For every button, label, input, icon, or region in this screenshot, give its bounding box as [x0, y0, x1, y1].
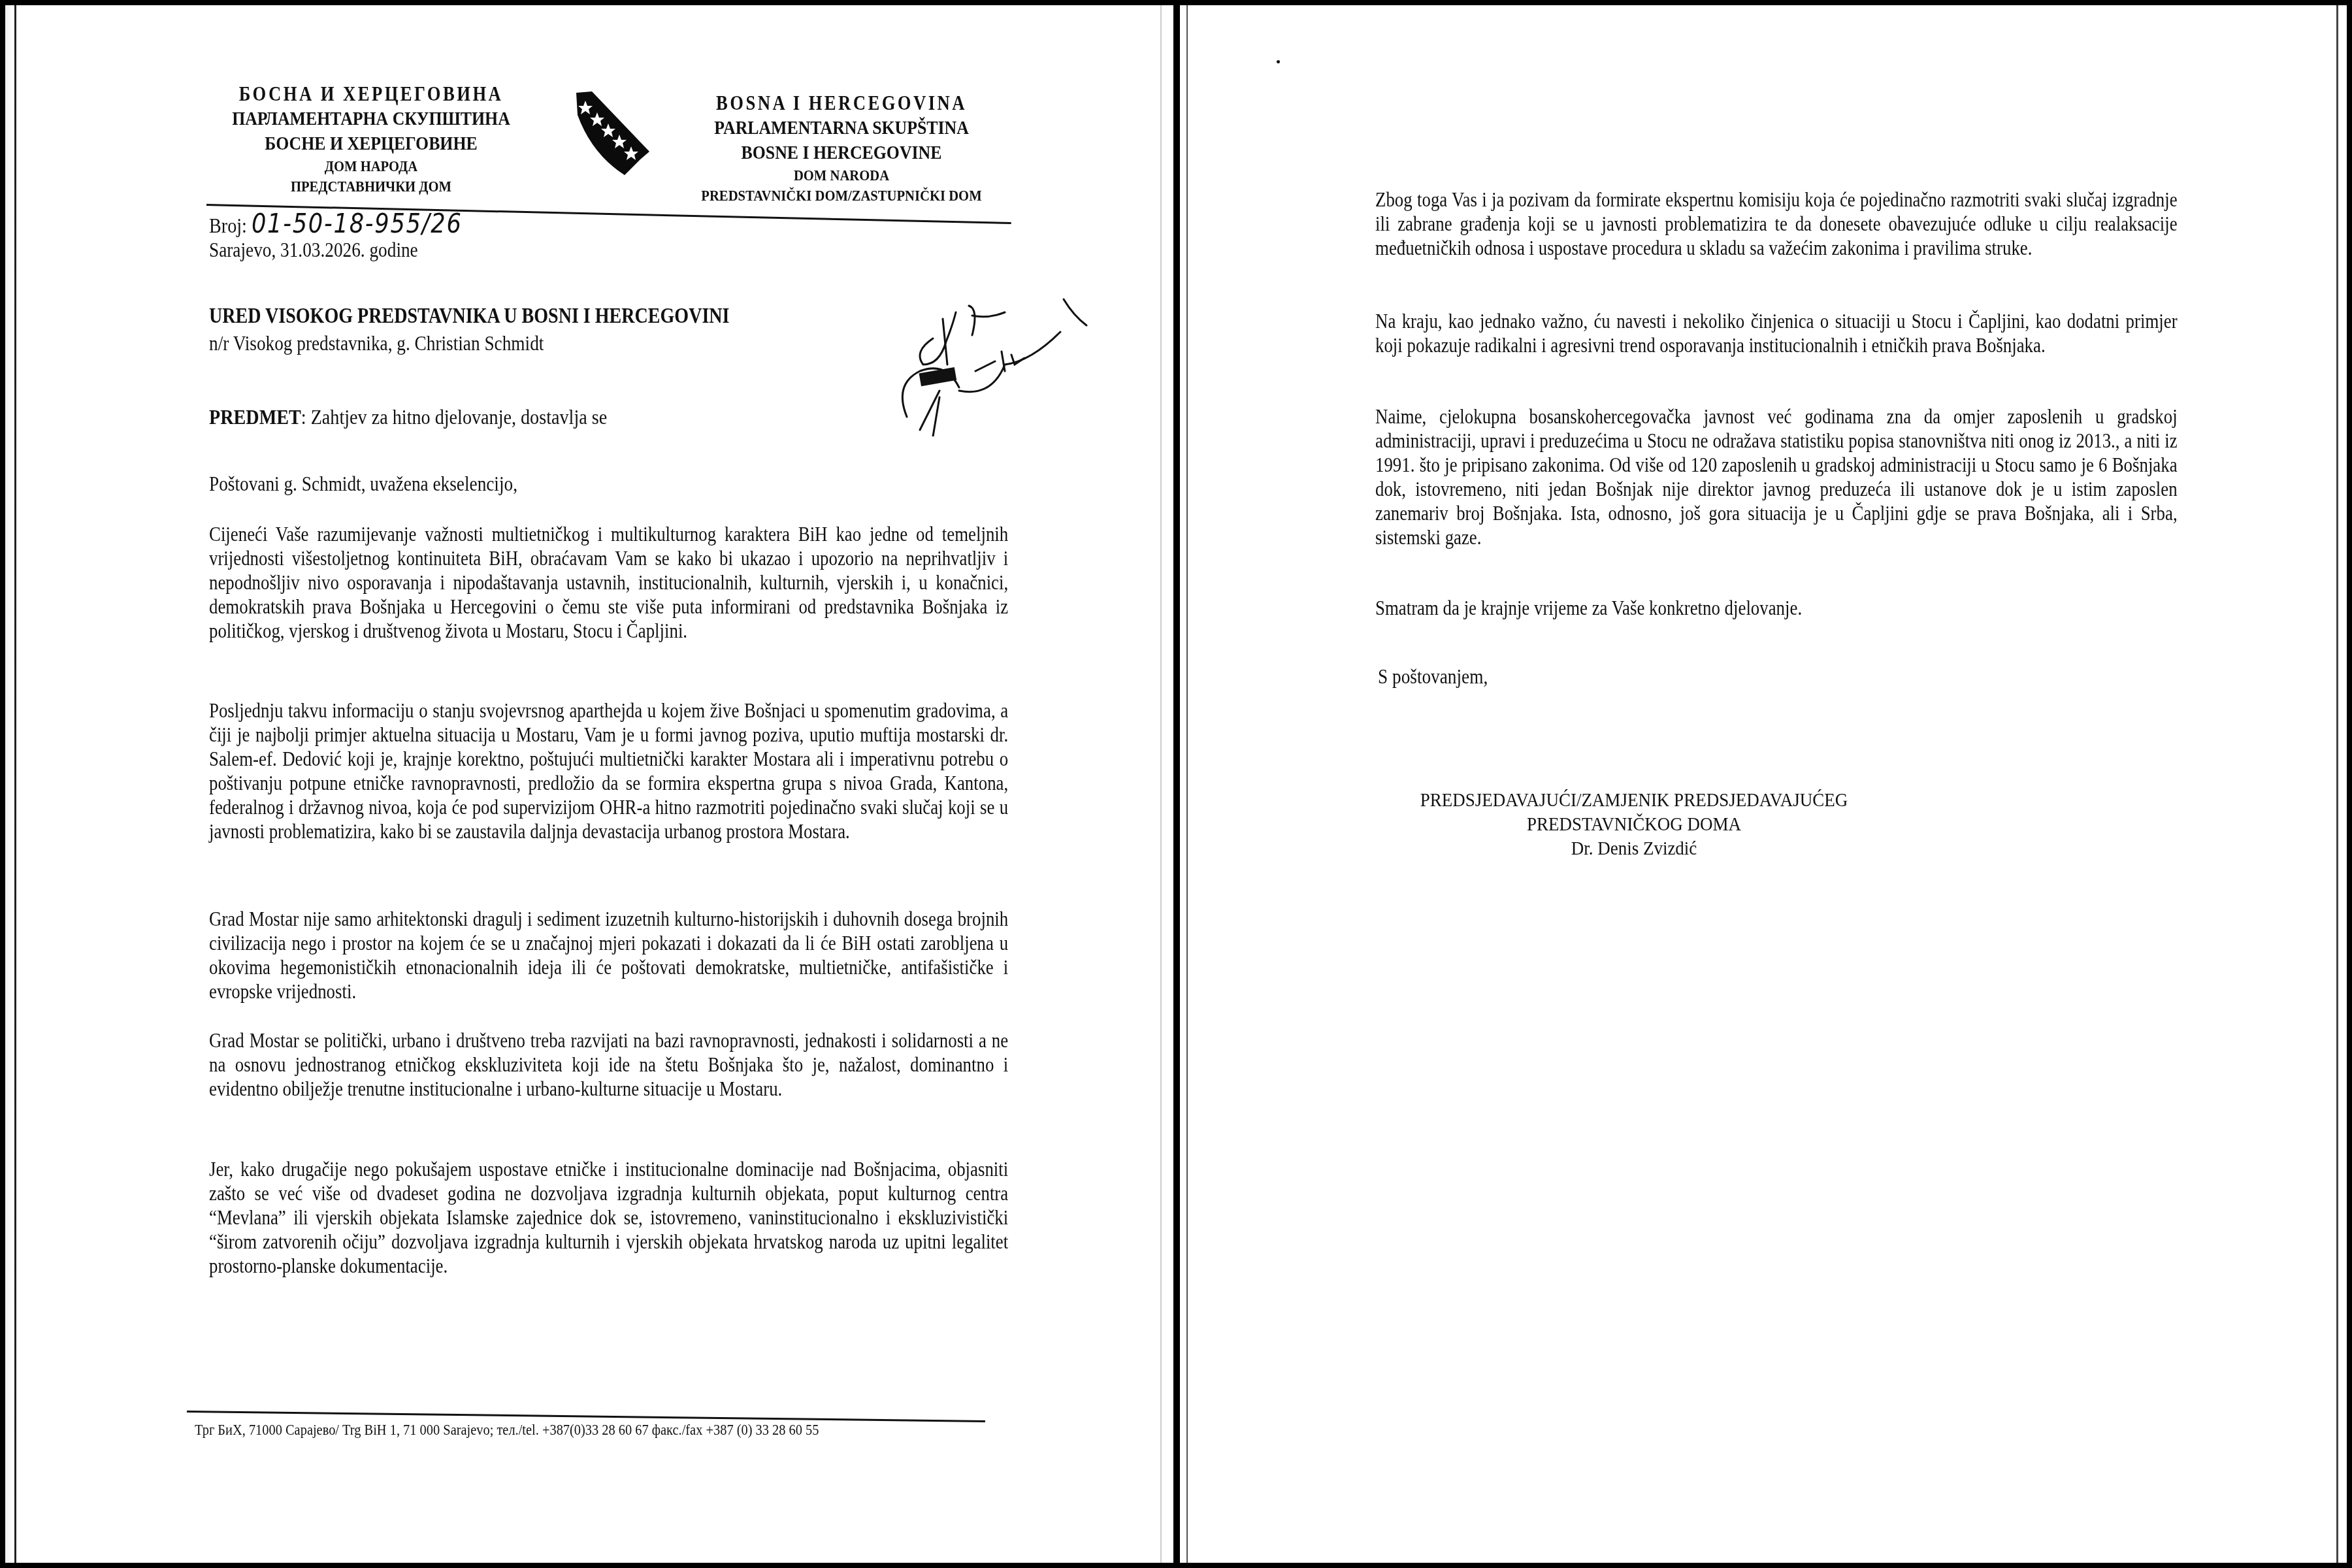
closing: S poštovanjem,: [1378, 665, 1488, 689]
reference-handwritten-number: 01-50-18-955/26: [252, 209, 463, 239]
place-date: Sarajevo, 31.03.2026. godine: [209, 238, 418, 262]
footer-rule: [187, 1411, 985, 1422]
scan-edge-line: [1160, 5, 1162, 1563]
paragraph-1: Cijeneći Vaše razumijevanje važnosti mul…: [209, 523, 1008, 644]
letter-page-1: БОСНА И ХЕРЦЕГОВИНА ПАРЛАМЕНТАРНА СКУПШТ…: [5, 5, 1175, 1563]
paragraph-7: Na kraju, kao jednako važno, ću navesti …: [1375, 310, 2178, 358]
page-divider: [1173, 0, 1179, 1568]
letterhead-lat-line2: PARLAMENTARNA SKUPŠTINA: [684, 118, 999, 138]
paragraph-9: Smatram da je krajnje vrijeme za Vaše ko…: [1375, 596, 2178, 621]
subject-label: PREDMET: [209, 405, 301, 429]
signature-name: Dr. Denis Zvizdić: [1369, 836, 1899, 860]
recipient-org: URED VISOKOG PREDSTAVNIKA U BOSNI I HERC…: [209, 304, 729, 329]
letterhead-cyrillic: БОСНА И ХЕРЦЕГОВИНА ПАРЛАМЕНТАРНА СКУПШТ…: [208, 84, 534, 199]
letterhead-cyr-line4: ДОМ НАРОДА: [208, 159, 534, 174]
paragraph-2: Posljednju takvu informaciju o stanju sv…: [209, 699, 1008, 844]
paragraph-8: Naime, cjelokupna bosanskohercegovačka j…: [1375, 405, 2178, 550]
paragraph-6: Zbog toga Vas i ja pozivam da formirate …: [1375, 188, 2178, 261]
scan-edge-line: [14, 5, 16, 1563]
scan-edge-line: [2336, 5, 2338, 1563]
footer-address: Трг БиХ, 71000 Сарајево/ Trg BiH 1, 71 0…: [195, 1422, 819, 1439]
bih-coat-of-arms-icon: [572, 89, 651, 180]
letterhead-lat-line5: PREDSTAVNIČKI DOM/ZASTUPNIČKI DOM: [684, 188, 999, 204]
signature-block: PREDSJEDAVAJUĆI/ZAMJENIK PREDSJEDAVAJUĆE…: [1369, 788, 1899, 860]
recipient-attn: n/r Visokog predstavnika, g. Christian S…: [209, 332, 544, 355]
salutation: Poštovani g. Schmidt, uvažena ekselencij…: [209, 472, 517, 496]
letter-page-2: Zbog toga Vas i ja pozivam da formirate …: [1180, 5, 2347, 1563]
paragraph-3: Grad Mostar nije samo arhitektonski drag…: [209, 907, 1008, 1004]
signature-title-line1: PREDSJEDAVAJUĆI/ZAMJENIK PREDSJEDAVAJUĆE…: [1369, 788, 1899, 812]
signature-title-line2: PREDSTAVNIČKOG DOMA: [1369, 812, 1899, 836]
letterhead-cyr-line1: БОСНА И ХЕРЦЕГОВИНА: [208, 84, 534, 104]
paragraph-5: Jer, kako drugačije nego pokušajem uspos…: [209, 1158, 1008, 1279]
letterhead-lat-line4: DOM NARODA: [684, 168, 999, 184]
subject-text: : Zahtjev za hitno djelovanje, dostavlja…: [301, 405, 607, 429]
letterhead-cyr-line3: БОСНЕ И ХЕРЦЕГОВИНЕ: [208, 134, 534, 154]
reference-label: Broj:: [209, 214, 247, 237]
letterhead-lat-line1: BOSNA I HERCEGOVINA: [684, 93, 999, 113]
letterhead-lat-line3: BOSNE I HERCEGOVINE: [684, 143, 999, 163]
letterhead-cyr-line5: ПРЕДСТАВНИЧКИ ДОМ: [208, 179, 534, 195]
scan-speck: [1277, 60, 1280, 63]
scan-edge-shade: [5, 5, 13, 1563]
scan-edge-line: [1186, 5, 1188, 1563]
subject-line: PREDMET: Zahtjev za hitno djelovanje, do…: [209, 405, 607, 429]
reference-number: Broj: 01-50-18-955/26: [209, 209, 463, 239]
handwritten-initials-icon: [874, 280, 1109, 436]
letterhead-cyr-line2: ПАРЛАМЕНТАРНА СКУПШТИНА: [208, 109, 534, 129]
letterhead-latin: BOSNA I HERCEGOVINA PARLAMENTARNA SKUPŠT…: [684, 93, 999, 208]
paragraph-4: Grad Mostar se politički, urbano i društ…: [209, 1029, 1008, 1102]
